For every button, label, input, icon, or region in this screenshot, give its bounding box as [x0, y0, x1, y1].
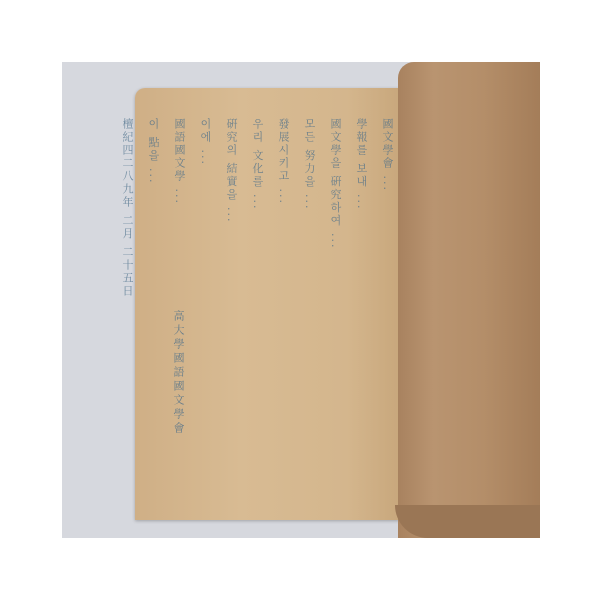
- signature: 高大學國語國文學會: [170, 310, 186, 436]
- text-column: 硏究의 結實을 ...: [223, 118, 239, 448]
- page-edge: [395, 505, 540, 538]
- text-column: 이에 ...: [197, 118, 213, 448]
- text-column: 學報를 보내 ...: [353, 118, 369, 448]
- text-column: 우리 文化를 ...: [249, 118, 265, 448]
- date-column: 檀紀四二八九年 二月 二十五日: [119, 118, 135, 448]
- page-text: 國文學會 ... 學報를 보내 ... 國文學을 硏究하여 ... 모든 努力을…: [160, 118, 395, 448]
- text-column: 모든 努力을 ...: [301, 118, 317, 448]
- text-column: 國文學을 硏究하여 ...: [327, 118, 343, 448]
- curled-page: [398, 62, 540, 538]
- photo: 國文學會 ... 學報를 보내 ... 國文學을 硏究하여 ... 모든 努力을…: [0, 0, 600, 600]
- text-column: 이 點을 ...: [145, 118, 161, 448]
- text-column: 發展시키고 ...: [275, 118, 291, 448]
- text-column: 國文學會 ...: [379, 118, 395, 448]
